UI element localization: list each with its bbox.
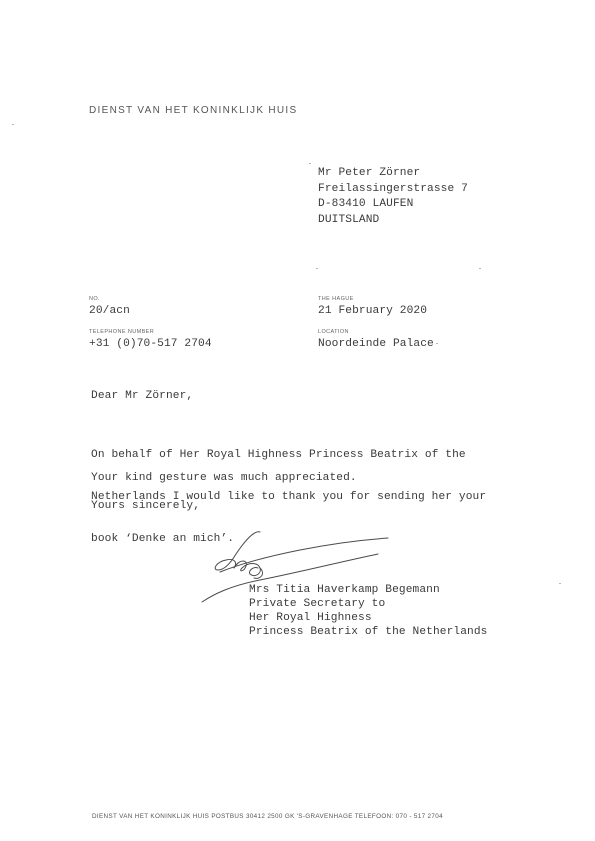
location-value: Noordeinde Palace bbox=[318, 338, 434, 350]
recipient-street: Freilassingerstrasse 7 bbox=[318, 182, 468, 198]
scan-speck bbox=[559, 583, 561, 584]
signer-title: Her Royal Highness bbox=[249, 611, 487, 625]
scan-speck bbox=[436, 343, 438, 344]
signer-name: Mrs Titia Haverkamp Begemann bbox=[249, 583, 487, 597]
signer-block: Mrs Titia Haverkamp Begemann Private Sec… bbox=[249, 583, 487, 639]
scan-speck bbox=[12, 124, 14, 125]
letter-date: 21 February 2020 bbox=[318, 305, 427, 317]
reference-number-label: NO. bbox=[89, 296, 100, 303]
footer-address: DIENST VAN HET KONINKLIJK HUIS POSTBUS 3… bbox=[92, 813, 443, 820]
letterhead-organization: DIENST VAN HET KONINKLIJK HUIS bbox=[89, 105, 297, 116]
scan-speck bbox=[309, 163, 311, 164]
signer-title: Private Secretary to bbox=[249, 597, 487, 611]
recipient-address: Mr Peter Zörner Freilassingerstrasse 7 D… bbox=[318, 166, 468, 228]
appreciation-line: Your kind gesture was much appreciated. bbox=[91, 472, 357, 484]
signer-title: Princess Beatrix of the Netherlands bbox=[249, 625, 487, 639]
letter-page: DIENST VAN HET KONINKLIJK HUIS Mr Peter … bbox=[0, 0, 595, 841]
recipient-name: Mr Peter Zörner bbox=[318, 166, 468, 182]
body-line: On behalf of Her Royal Highness Princess… bbox=[91, 448, 486, 462]
recipient-city: D-83410 LAUFEN bbox=[318, 197, 468, 213]
scan-speck bbox=[316, 268, 318, 269]
scan-speck bbox=[479, 268, 481, 269]
location-label: LOCATION bbox=[318, 329, 349, 336]
telephone-number: +31 (0)70-517 2704 bbox=[89, 338, 212, 350]
telephone-label: TELEPHONE NUMBER bbox=[89, 329, 154, 336]
place-label: THE HAGUE bbox=[318, 296, 354, 303]
reference-number: 20/acn bbox=[89, 305, 130, 317]
recipient-country: DUITSLAND bbox=[318, 213, 468, 229]
salutation: Dear Mr Zörner, bbox=[91, 390, 193, 402]
closing-line: Yours sincerely, bbox=[91, 500, 200, 512]
